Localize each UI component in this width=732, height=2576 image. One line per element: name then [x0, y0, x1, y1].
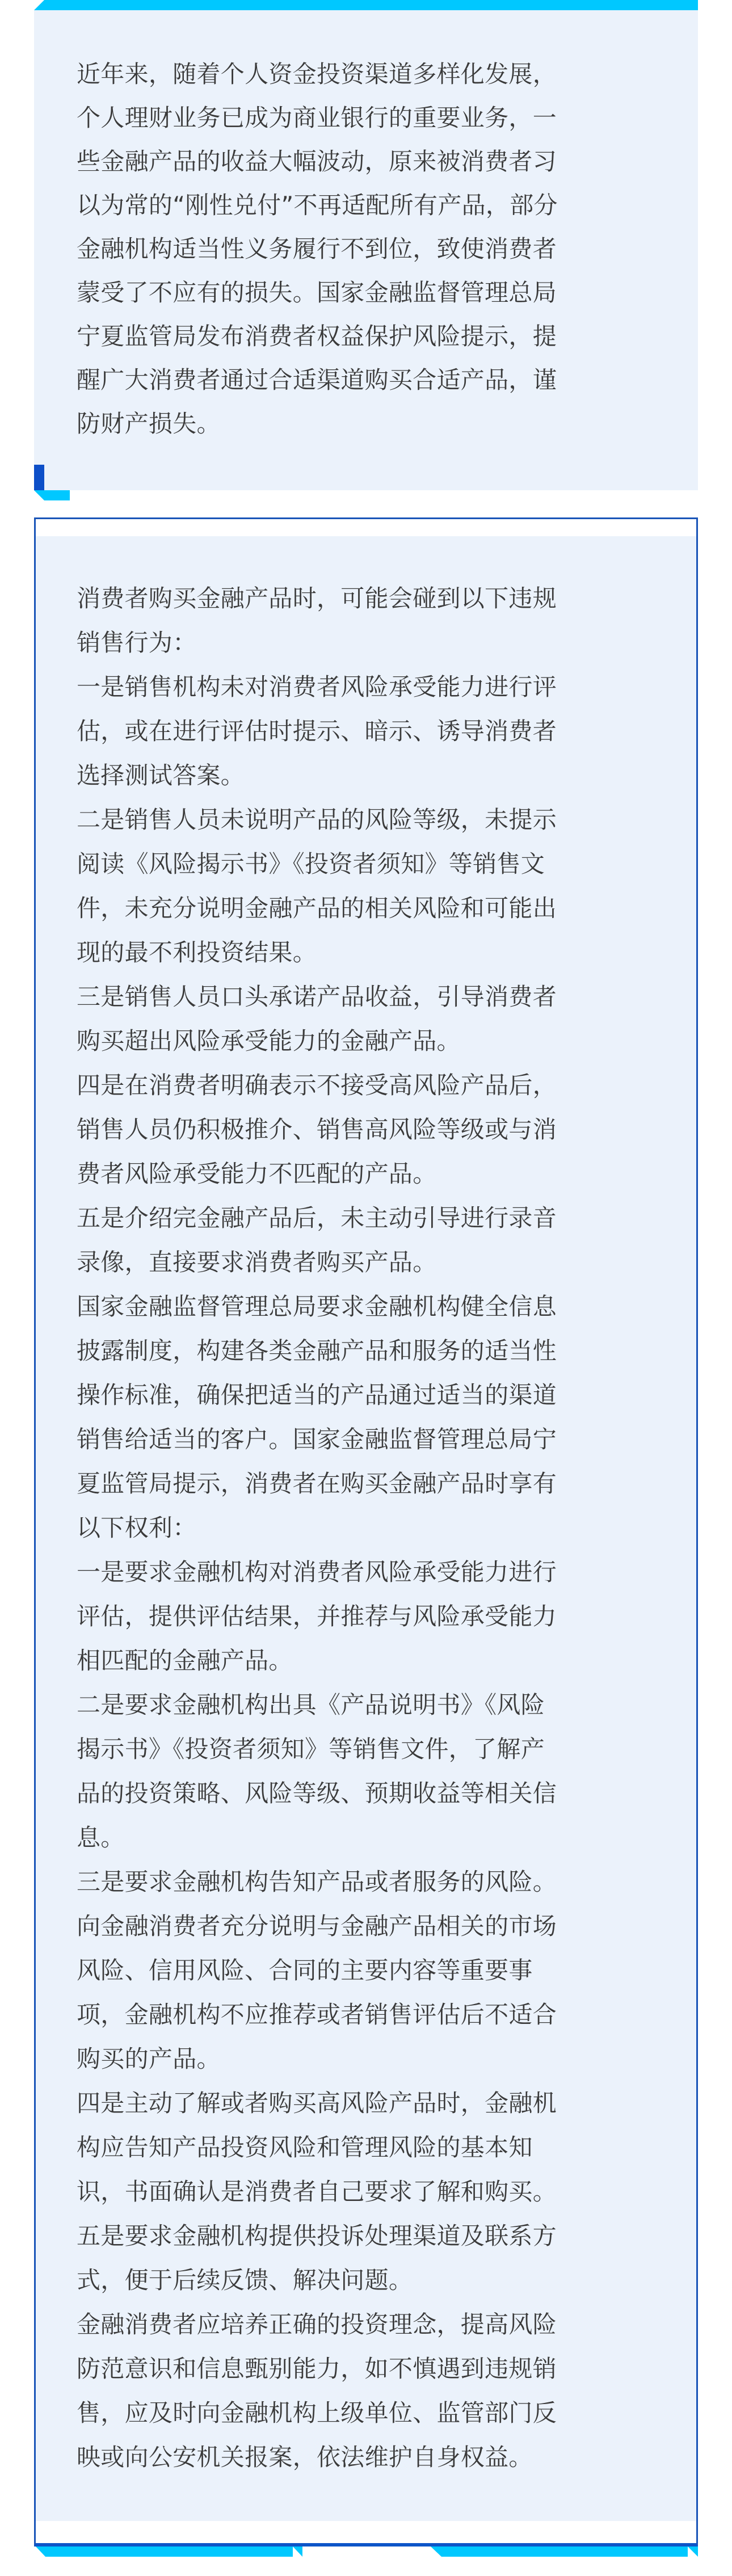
text-line: 销售人员仍积极推介、销售高风险等级或与消: [77, 1108, 678, 1152]
text-line: 夏监管局提示，消费者在购买金融产品时享有: [77, 1462, 678, 1506]
text-line: 销售给适当的客户。国家金融监督管理总局宁: [77, 1417, 678, 1462]
main-card-foot-sliver-left: [293, 2546, 302, 2557]
text-line: 销售行为：: [77, 621, 678, 665]
main-card-foot-tab-left: [36, 2546, 293, 2557]
text-line: 映或向公安机关报案，依法维护自身权益。: [77, 2435, 678, 2480]
text-line: 国家金融监督管理总局要求金融机构健全信息: [77, 1285, 678, 1329]
text-line: 防财产损失。: [77, 402, 678, 445]
text-line: 件，未充分说明金融产品的相关风险和可能出: [77, 886, 678, 931]
text-line: 品的投资策略、风险等级、预期收益等相关信: [77, 1771, 678, 1816]
text-line: 费者风险承受能力不匹配的产品。: [77, 1152, 678, 1196]
text-line: 现的最不利投资结果。: [77, 931, 678, 975]
text-line: 消费者购买金融产品时，可能会碰到以下违规: [77, 576, 678, 621]
text-line: 购买的产品。: [77, 2037, 678, 2081]
intro-card-corner-accent: [34, 465, 44, 490]
text-line: 息。: [77, 1816, 678, 1860]
main-card-foot-tab-right: [431, 2546, 688, 2557]
main-content: 消费者购买金融产品时，可能会碰到以下违规 销售行为： 一是销售机构未对消费者风险…: [77, 576, 678, 2480]
text-line: 向金融消费者充分说明与金融产品相关的市场: [77, 1904, 678, 1948]
text-line: 评估，提供评估结果，并推荐与风险承受能力: [77, 1594, 678, 1639]
text-line: 金融机构适当性义务履行不到位，致使消费者: [77, 227, 678, 271]
text-line: 四是在消费者明确表示不接受高风险产品后，: [77, 1063, 678, 1108]
text-line: 以下权利：: [77, 1506, 678, 1550]
text-line: 构应告知产品投资风险和管理风险的基本知: [77, 2125, 678, 2170]
main-card-foot-sliver-right: [688, 2546, 698, 2557]
text-line: 式，便于后续反馈、解决问题。: [77, 2258, 678, 2303]
text-line: 一是销售机构未对消费者风险承受能力进行评: [77, 665, 678, 709]
text-line: 二是销售人员未说明产品的风险等级，未提示: [77, 798, 678, 842]
text-line: 金融消费者应培养正确的投资理念，提高风险: [77, 2303, 678, 2347]
text-line: 三是要求金融机构告知产品或者服务的风险。: [77, 1860, 678, 1904]
text-line: 披露制度，构建各类金融产品和服务的适当性: [77, 1329, 678, 1373]
text-line: 项，金融机构不应推荐或者销售评估后不适合: [77, 1993, 678, 2037]
text-line: 一是要求金融机构对消费者风险承受能力进行: [77, 1550, 678, 1594]
text-line: 揭示书》《投资者须知》等销售文件，了解产: [77, 1727, 678, 1771]
text-line: 蒙受了不应有的损失。国家金融监督管理总局: [77, 271, 678, 314]
intro-card-corner-notch: [34, 0, 44, 10]
text-line: 相匹配的金融产品。: [77, 1639, 678, 1683]
text-line: 以为常的“刚性兑付”不再适配所有产品，部分: [77, 183, 678, 227]
text-line: 近年来，随着个人资金投资渠道多样化发展，: [77, 52, 678, 96]
text-line: 识，书面确认是消费者自己要求了解和购买。: [77, 2170, 678, 2214]
text-line: 售，应及时向金融机构上级单位、监管部门反: [77, 2391, 678, 2435]
intro-card-foot-tab: [34, 490, 70, 500]
text-line: 风险、信用风险、合同的主要内容等重要事: [77, 1948, 678, 1993]
text-line: 阅读《风险揭示书》《投资者须知》等销售文: [77, 842, 678, 886]
text-line: 宁夏监管局发布消费者权益保护风险提示，提: [77, 314, 678, 358]
text-line: 录像，直接要求消费者购买产品。: [77, 1240, 678, 1285]
text-line: 二是要求金融机构出具《产品说明书》《风险: [77, 1683, 678, 1727]
intro-card-top-bar: [34, 0, 698, 10]
text-line: 购买超出风险承受能力的金融产品。: [77, 1019, 678, 1063]
text-line: 四是主动了解或者购买高风险产品时，金融机: [77, 2081, 678, 2125]
text-line: 三是销售人员口头承诺产品收益，引导消费者: [77, 975, 678, 1019]
intro-paragraph: 近年来，随着个人资金投资渠道多样化发展， 个人理财业务已成为商业银行的重要业务，…: [77, 52, 678, 445]
text-line: 防范意识和信息甄别能力，如不慎遇到违规销: [77, 2347, 678, 2391]
text-line: 估，或在进行评估时提示、暗示、诱导消费者: [77, 709, 678, 754]
text-line: 五是要求金融机构提供投诉处理渠道及联系方: [77, 2214, 678, 2258]
text-line: 五是介绍完金融产品后，未主动引导进行录音: [77, 1196, 678, 1240]
text-line: 个人理财业务已成为商业银行的重要业务，一: [77, 96, 678, 140]
text-line: 选择测试答案。: [77, 754, 678, 798]
text-line: 操作标准，确保把适当的产品通过适当的渠道: [77, 1373, 678, 1417]
text-line: 些金融产品的收益大幅波动，原来被消费者习: [77, 140, 678, 183]
text-line: 醒广大消费者通过合适渠道购买合适产品，谨: [77, 358, 678, 402]
